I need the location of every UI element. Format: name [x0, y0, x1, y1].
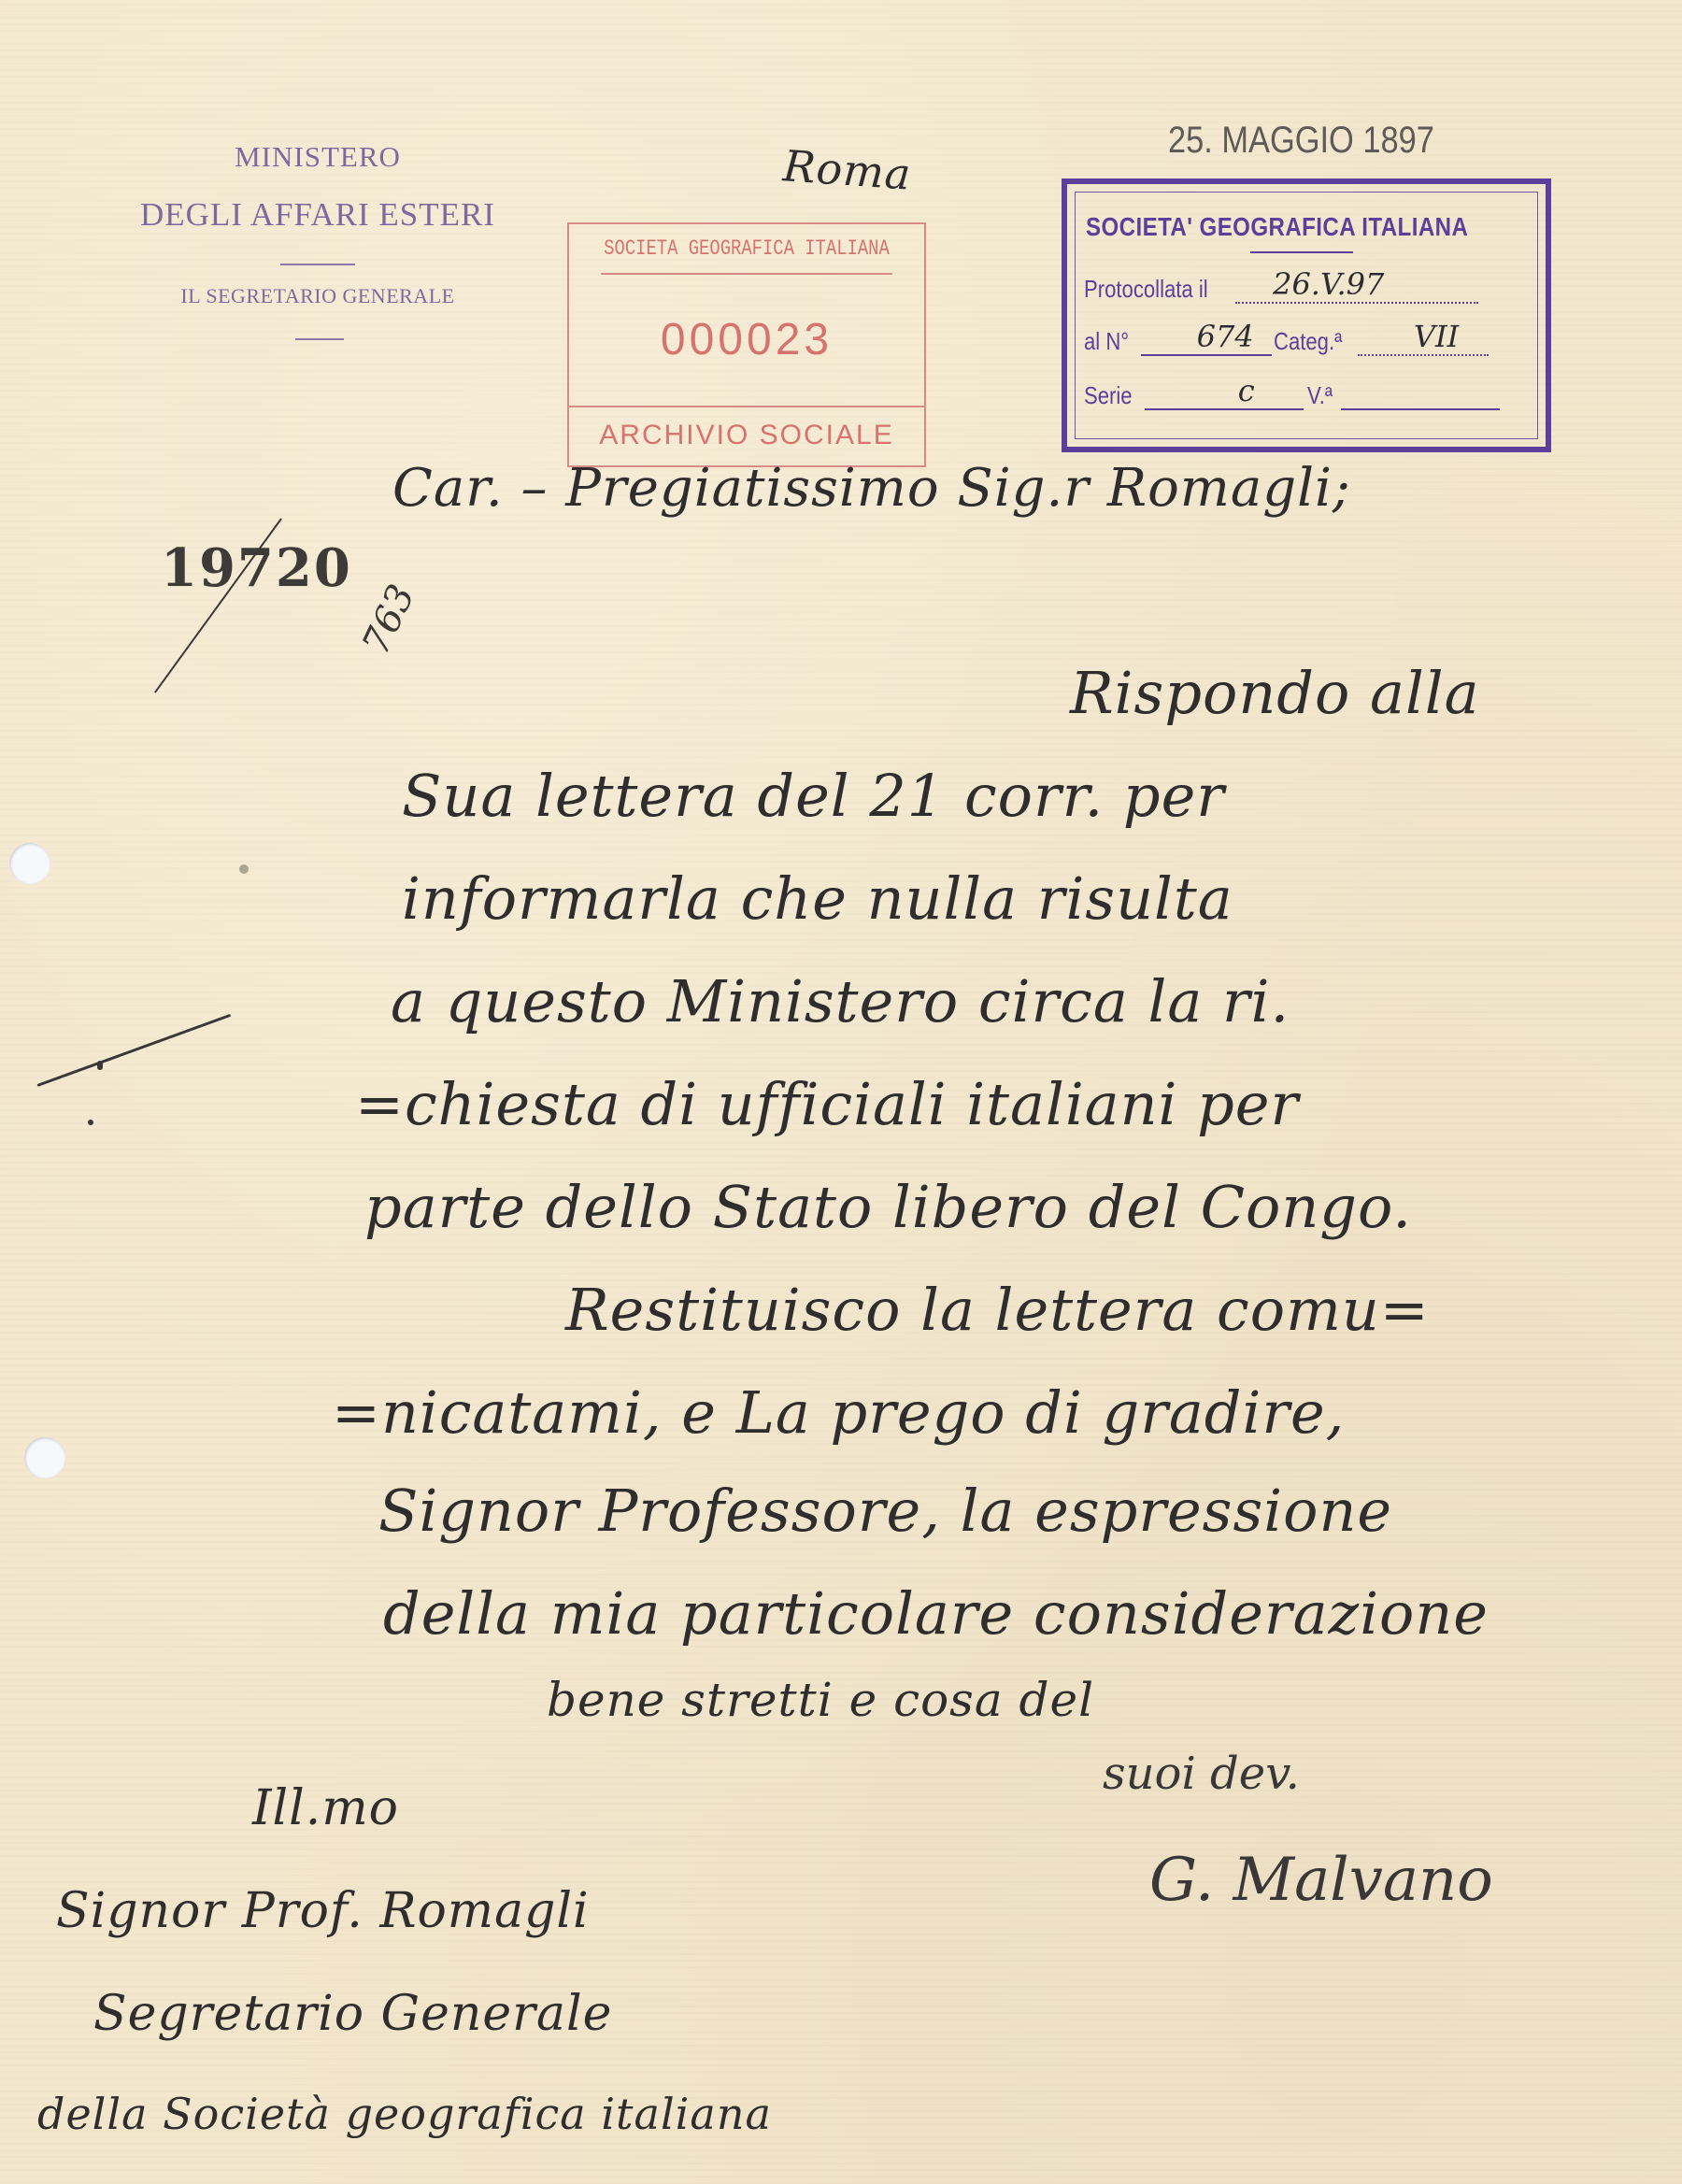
archive-stamp: SOCIETA GEOGRAFICA ITALIANA 000023 ARCHI…	[567, 222, 926, 467]
body-line-2: Sua lettera del 21 corr. per	[402, 762, 1225, 830]
closing-line-2: suoi dev.	[1103, 1748, 1300, 1800]
letterhead-department: DEGLI AFFARI ESTERI	[107, 196, 528, 234]
protocol-category-field: VII	[1358, 326, 1489, 356]
letterhead-ministry: MINISTERO	[121, 140, 514, 174]
protocol-stamp: SOCIETA' GEOGRAFICA ITALIANA Protocollat…	[1062, 178, 1551, 452]
protocol-number-label: al N°	[1084, 327, 1129, 356]
protocol-series-field: c	[1145, 380, 1304, 410]
salutation: Car. – Pregiatissimo Sig.r Romagli;	[392, 458, 1351, 519]
protocol-series-row: Serie c V.ª	[1084, 380, 1500, 410]
protocol-number-row: al N° 674 Categ.ª VII	[1084, 326, 1489, 356]
body-line-7: Restituisco la lettera comu=	[565, 1276, 1430, 1344]
body-line-4: a questo Ministero circa la ri.	[391, 967, 1290, 1035]
protocol-date-field: 26.V.97	[1235, 274, 1478, 304]
body-line-3: informarla che nulla risulta	[402, 864, 1233, 933]
protocol-category-label: Categ.ª	[1274, 327, 1342, 356]
body-line-6: parte dello Stato libero del Congo.	[364, 1173, 1412, 1241]
punch-hole-bottom	[24, 1437, 65, 1478]
protocol-date-value: 26.V.97	[1273, 266, 1384, 302]
protocol-category-value: VII	[1414, 319, 1459, 354]
letterhead-office: IL SEGRETARIO GENERALE	[121, 284, 514, 308]
paper-speck	[239, 864, 249, 874]
place-handwritten: Roma	[781, 140, 913, 199]
protocol-number-value: 674	[1197, 319, 1254, 354]
closing-line-1: bene stretti e cosa del	[547, 1673, 1094, 1727]
protocol-visto-label: V.ª	[1307, 381, 1333, 410]
archive-stamp-header: SOCIETA GEOGRAFICA ITALIANA	[601, 224, 892, 275]
body-line-10: della mia particolare considerazione	[383, 1579, 1489, 1648]
archive-stamp-footer: ARCHIVIO SOCIALE	[569, 406, 924, 464]
body-line-1: Rispondo alla	[1070, 659, 1480, 727]
letterhead-rule-2	[295, 338, 344, 340]
protocol-stamp-rule	[1250, 251, 1353, 253]
margin-mark-dot	[88, 1120, 93, 1125]
addressee-name: Signor Prof. Romagli	[56, 1883, 590, 1939]
addressee-organization: della Società geografica italiana	[37, 2089, 772, 2139]
body-line-5: =chiesta di ufficiali italiani per	[355, 1070, 1299, 1138]
body-line-8: =nicatami, e La prego di gradire,	[332, 1378, 1345, 1447]
addressee-honorific: Ill.mo	[252, 1780, 399, 1836]
letterhead-rule-1	[280, 264, 355, 265]
protocol-date-label: Protocollata il	[1084, 275, 1208, 304]
protocol-number-printed: 19720	[161, 537, 352, 599]
protocol-series-value: c	[1238, 373, 1255, 408]
protocol-number-field: 674	[1141, 326, 1272, 356]
margin-mark-dot	[97, 1061, 103, 1070]
archive-stamp-number: 000023	[569, 275, 924, 406]
protocol-series-label: Serie	[1084, 381, 1133, 410]
body-line-9: Signor Professore, la espressione	[378, 1477, 1392, 1545]
protocol-visto-field	[1341, 380, 1500, 410]
protocol-date-row: Protocollata il 26.V.97	[1084, 274, 1478, 304]
signature: G. Malvano	[1149, 1846, 1493, 1915]
date-stamp: 25. MAGGIO 1897	[1168, 120, 1434, 162]
protocol-stamp-title: SOCIETA' GEOGRAFICA ITALIANA	[1086, 212, 1456, 242]
punch-hole-top	[9, 843, 50, 884]
addressee-title: Segretario Generale	[93, 1986, 612, 2042]
